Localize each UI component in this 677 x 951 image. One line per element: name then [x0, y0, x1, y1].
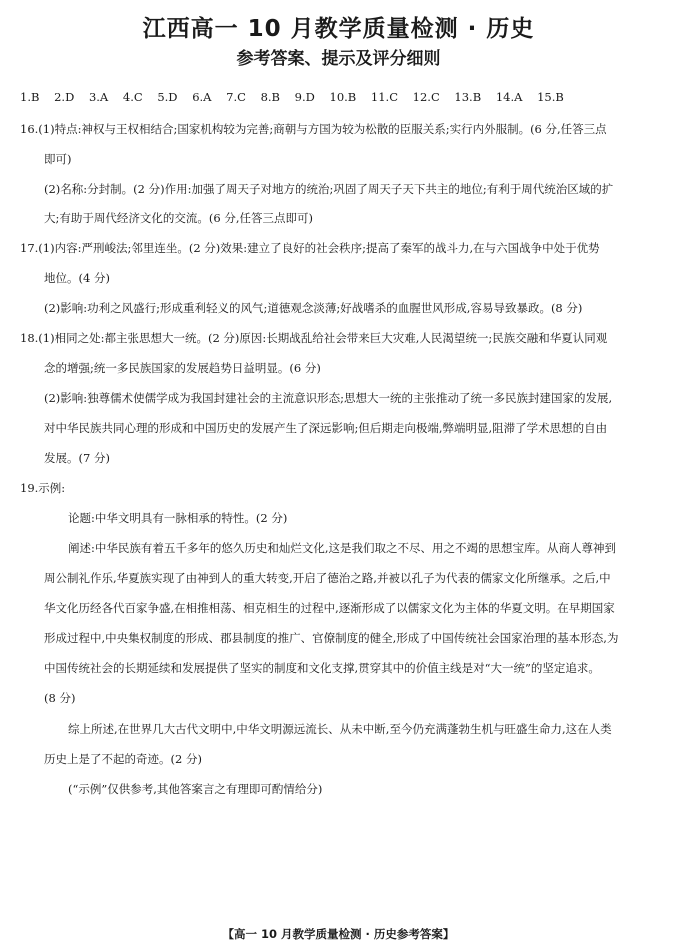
answer-17-1-cont: 地位。(4 分) [44, 271, 110, 285]
mc-answer: 12.C [413, 90, 440, 104]
mc-answer: 13.B [454, 90, 481, 104]
answer-18-1-cont: 念的增强;统一多民族国家的发展趋势日益明显。(6 分) [44, 361, 321, 375]
answer-16-1: 16.(1)特点:神权与王权相结合;国家机构较为完善;商朝与方国为较为松散的臣服… [20, 122, 607, 136]
mc-answer: 1.B [20, 90, 39, 104]
mc-answer: 11.C [371, 90, 398, 104]
mc-answer: 14.A [496, 90, 523, 104]
page-title: 江西高一 10 月教学质量检测 · 历史 [0, 10, 677, 43]
answer-16-1-cont: 即可) [44, 152, 72, 166]
answer-19-conclusion: 综上所述,在世界几大古代文明中,中华文明源远流长、从未中断,至今仍充满蓬勃生机与… [68, 722, 612, 736]
answer-19-argument: 阐述:中华民族有着五千多年的悠久历史和灿烂文化,这是我们取之不尽、用之不竭的思想… [68, 541, 616, 555]
mc-answer: 4.C [123, 90, 143, 104]
mc-answer: 5.D [157, 90, 177, 104]
mc-answer: 7.C [226, 90, 246, 104]
answer-19-argument-cont: 形成过程中,中央集权制度的形成、郡县制度的推广、官僚制度的健全,形成了中国传统社… [44, 631, 618, 645]
mc-answer: 9.D [295, 90, 315, 104]
answer-18-2-end: 发展。(7 分) [44, 451, 110, 465]
answer-19-thesis: 论题:中华文明具有一脉相承的特性。(2 分) [68, 511, 287, 525]
answer-19-note: (“示例”仅供参考,其他答案言之有理即可酌情给分) [68, 782, 322, 796]
answer-19-conclusion-cont: 历史上是了不起的奇迹。(2 分) [44, 752, 202, 766]
answer-18-1: 18.(1)相同之处:都主张思想大一统。(2 分)原因:长期战乱给社会带来巨大灾… [20, 331, 607, 345]
mc-answer: 15.B [537, 90, 564, 104]
answer-18-2: (2)影响:独尊儒术使儒学成为我国封建社会的主流意识形态;思想大一统的主张推动了… [44, 391, 612, 405]
answer-16-2: (2)名称:分封制。(2 分)作用:加强了周天子对地方的统治;巩固了周天子天下共… [44, 182, 613, 196]
answer-19-header: 19.示例: [20, 481, 65, 495]
mc-answer: 2.D [54, 90, 74, 104]
page-footer: 【高一 10 月教学质量检测 · 历史参考答案】 [0, 926, 677, 942]
mc-answer: 8.B [261, 90, 280, 104]
answer-19-argument-cont: 中国传统社会的长期延续和发展提供了坚实的制度和文化支撑,贯穿其中的价值主线是对“… [44, 661, 600, 675]
answer-19-argument-cont: 华文化历经各代百家争盛,在相推相荡、相克相生的过程中,逐渐形成了以儒家文化为主体… [44, 601, 615, 615]
answer-18-2-cont: 对中华民族共同心理的形成和中国历史的发展产生了深远影响;但后期走向极端,弊端明显… [44, 421, 607, 435]
answer-19-argument-score: (8 分) [44, 691, 75, 705]
answer-19-argument-cont: 周公制礼作乐,华夏族实现了由神到人的重大转变,开启了德治之路,并被以孔子为代表的… [44, 571, 611, 585]
answer-16-2-cont: 大;有助于周代经济文化的交流。(6 分,任答三点即可) [44, 211, 313, 225]
multiple-choice-answers: 1.B 2.D 3.A 4.C 5.D 6.A 7.C 8.B 9.D 10.B… [20, 90, 575, 104]
page-subtitle: 参考答案、提示及评分细则 [0, 44, 677, 69]
mc-answer: 6.A [192, 90, 211, 104]
mc-answer: 10.B [330, 90, 357, 104]
answer-17-1: 17.(1)内容:严刑峻法;邻里连坐。(2 分)效果:建立了良好的社会秩序;提高… [20, 241, 600, 255]
answer-17-2: (2)影响:功利之风盛行;形成重利轻义的风气;道德观念淡薄;好战嗜杀的血腥世风形… [44, 301, 582, 315]
mc-answer: 3.A [89, 90, 108, 104]
